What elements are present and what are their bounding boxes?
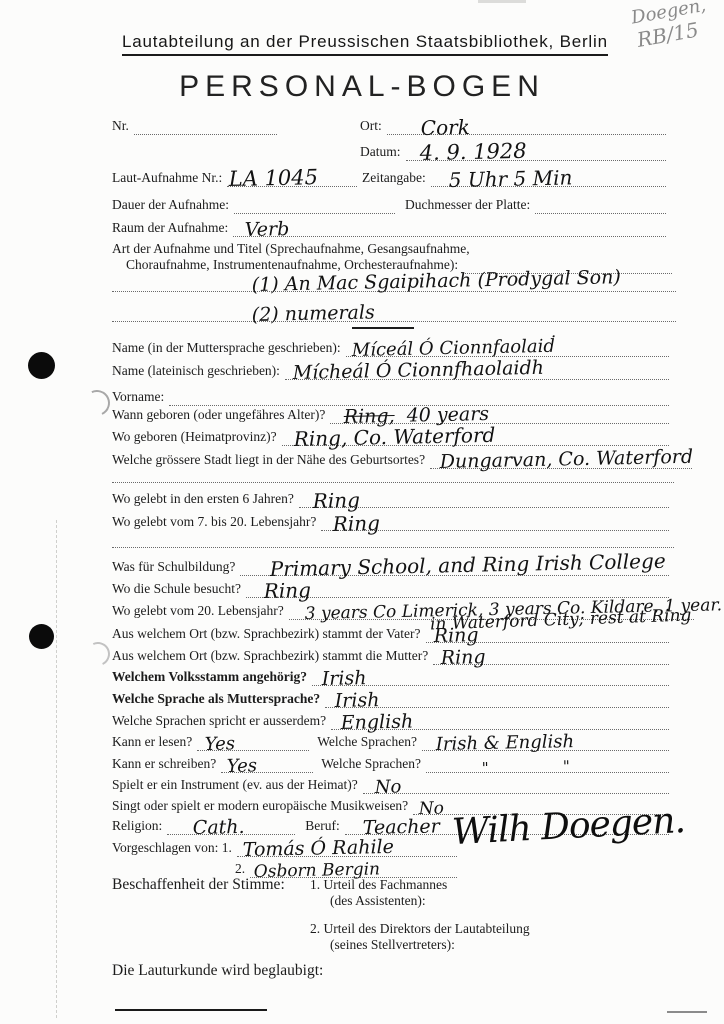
field-wo-geboren-label: Wo geboren (Heimatprovinz)?: [112, 429, 277, 446]
field-schulbildung-label: Was für Schulbildung?: [112, 559, 235, 576]
field-name-muttersprache-line: Míceál Ó Cionnfaolaiḋ: [346, 341, 669, 357]
field-vater-ort: Aus welchem Ort (bzw. Sprachbezirk) stam…: [112, 626, 669, 643]
field-instrument-value: No: [374, 778, 401, 797]
field-wann-geboren-label: Wann geboren (oder ungefähres Alter)?: [112, 407, 325, 424]
hole-punch-bottom: [29, 624, 54, 649]
field-erste-6-jahre-line: Ring: [299, 492, 669, 508]
field-erste-6-jahre-value: Ring: [312, 490, 360, 511]
field-schreiben-sprachen-value: " ": [482, 759, 574, 776]
field-mutter-ort-value: Ring: [441, 648, 486, 668]
field-laut-aufnahme-nr: Laut-Aufnahme Nr.: LA 1045: [112, 170, 357, 187]
field-raum: Raum der Aufnahme: Verb: [112, 220, 666, 237]
field-schreiben-sprachen-label: Welche Sprachen?: [321, 756, 421, 773]
field-schreiben-line: Yes: [221, 757, 313, 773]
field-art-value2: (2) numerals: [252, 303, 375, 325]
field-name-lateinisch: Name (lateinisch geschrieben): Mícheál Ó…: [112, 363, 669, 380]
field-art-value2-row: (2) numerals: [112, 306, 676, 322]
field-schule-besucht-value: Ring: [264, 580, 312, 601]
field-schulbildung: Was für Schulbildung? Primary School, an…: [112, 559, 669, 576]
field-schule-besucht-line: Ring: [246, 582, 669, 598]
field-instrument: Spielt er ein Instrument (ev. aus der He…: [112, 777, 669, 794]
pencil-annotation: Doegen, RB/15: [630, 0, 712, 52]
field-name-muttersprache-label: Name (in der Muttersprache geschrieben):: [112, 340, 341, 357]
punch-ring-mark-top: [80, 386, 113, 419]
field-ort-label: Ort:: [360, 118, 382, 135]
field-laut-aufnahme-nr-line: LA 1045: [227, 171, 357, 187]
field-7-bis-20-label: Wo gelebt vom 7. bis 20. Lebensjahr?: [112, 514, 316, 531]
scanned-form-page: Lautabteilung an der Preussischen Staats…: [0, 0, 724, 1024]
field-zeitangabe-value: 5 Uhr 5 Min: [448, 167, 572, 190]
hole-punch-top: [28, 352, 55, 379]
field-zeitangabe-line: 5 Uhr 5 Min: [431, 171, 666, 187]
field-lesen-line: Yes: [197, 735, 309, 751]
bottom-rule-right: [667, 1011, 707, 1013]
field-beruf-label: Beruf:: [305, 818, 340, 835]
field-volksstamm-label: Welchem Volksstamm angehörig?: [112, 669, 307, 686]
numerals-underline: [352, 327, 414, 329]
field-lesen-sprachen-line: Irish & English: [422, 735, 669, 751]
empty-dotted-line-1: [112, 467, 674, 483]
voice-quality-label: Beschaffenheit der Stimme:: [112, 876, 285, 894]
judgement-2-label: 2. Urteil des Direktors der Lautabteilun…: [310, 921, 530, 937]
field-wann-geboren: Wann geboren (oder ungefähres Alter)? Ri…: [112, 407, 669, 424]
field-nr-label: Nr.: [112, 118, 129, 135]
field-raum-label: Raum der Aufnahme:: [112, 220, 228, 237]
field-vorgeschlagen-1-line: Tomás Ó Rahile: [237, 841, 457, 857]
field-lesen-label: Kann er lesen?: [112, 734, 192, 751]
field-vater-ort-value: Ring: [433, 626, 478, 646]
field-durchmesser: Duchmesser der Platte:: [405, 197, 666, 214]
field-schreiben-sprachen-line: " ": [426, 757, 669, 773]
field-name-lateinisch-value: Mícheál Ó Cionnfhaolaidh: [293, 359, 544, 383]
bottom-rule-left: [115, 1009, 267, 1011]
field-datum-label: Datum:: [360, 144, 401, 161]
field-lesen-sprachen-value: Irish & English: [436, 733, 575, 754]
field-vorgeschlagen-1-value: Tomás Ó Rahile: [242, 838, 393, 860]
field-muttersprache: Welche Sprache als Muttersprache? Irish: [112, 691, 669, 708]
field-schreiben-label: Kann er schreiben?: [112, 756, 216, 773]
field-weitere-sprachen-label: Welche Sprachen spricht er ausserdem?: [112, 713, 326, 730]
field-ort-line: Cork: [387, 119, 666, 135]
field-volksstamm-value: Irish: [322, 669, 367, 689]
scan-smudge: [478, 0, 526, 3]
field-lesen-sprachen-label: Welche Sprachen?: [317, 734, 417, 751]
field-schreiben-value: Yes: [227, 757, 258, 776]
field-muttersprache-label: Welche Sprache als Muttersprache?: [112, 691, 320, 708]
field-vorname-label: Vorname:: [112, 389, 164, 406]
form-title: PERSONAL-BOGEN: [0, 70, 724, 104]
field-lesen: Kann er lesen? Yes Welche Sprachen? Iris…: [112, 734, 669, 751]
field-schulbildung-value: Primary School, and Ring Irish College: [270, 551, 666, 579]
field-art-value1-row: (1) An Mac Sgaipihach (Prodygal Son): [112, 276, 676, 292]
field-datum-value: 4. 9. 1928: [419, 141, 526, 164]
field-art-value1: (1) An Mac Sgaipihach (Prodygal Son): [252, 268, 621, 295]
field-religion-value: Cath.: [193, 818, 245, 838]
field-volksstamm: Welchem Volksstamm angehörig? Irish: [112, 669, 669, 686]
field-mutter-ort-line: Ring: [433, 649, 669, 665]
field-name-lateinisch-line: Mícheál Ó Cionnfhaolaidh: [285, 364, 669, 380]
field-art-label-line1: Art der Aufnahme und Titel (Sprechaufnah…: [112, 241, 470, 257]
field-beruf-value: Teacher: [362, 817, 439, 838]
field-schule-besucht-label: Wo die Schule besucht?: [112, 581, 241, 598]
field-durchmesser-line: [535, 198, 666, 214]
field-vater-ort-label: Aus welchem Ort (bzw. Sprachbezirk) stam…: [112, 626, 421, 643]
field-ab-20-label: Wo gelebt vom 20. Lebensjahr?: [112, 603, 284, 620]
field-vorname: Vorname:: [112, 389, 669, 406]
field-vorgeschlagen-1: Vorgeschlagen von: 1. Tomás Ó Rahile: [112, 840, 457, 857]
field-erste-6-jahre: Wo gelebt in den ersten 6 Jahren? Ring: [112, 491, 669, 508]
field-religion-label: Religion:: [112, 818, 162, 835]
field-mutter-ort-label: Aus welchem Ort (bzw. Sprachbezirk) stam…: [112, 648, 428, 665]
field-nr: Nr.: [112, 118, 277, 135]
field-ort-value: Cork: [420, 117, 469, 138]
field-zeitangabe: Zeitangabe: 5 Uhr 5 Min: [362, 170, 666, 187]
field-wo-geboren-line: Ring, Co. Waterford: [282, 430, 669, 446]
judgement-1-label: 1. Urteil des Fachmannes: [310, 877, 447, 893]
field-weitere-sprachen-line: English: [331, 714, 669, 730]
field-erste-6-jahre-label: Wo gelebt in den ersten 6 Jahren?: [112, 491, 294, 508]
field-instrument-line: No: [363, 778, 669, 794]
field-schulbildung-line: Primary School, and Ring Irish College: [240, 560, 669, 576]
field-7-bis-20: Wo gelebt vom 7. bis 20. Lebensjahr? Rin…: [112, 514, 669, 531]
field-dauer-line: [234, 198, 395, 214]
field-zeitangabe-label: Zeitangabe:: [362, 170, 426, 187]
field-volksstamm-line: Irish: [312, 670, 669, 686]
department-header: Lautabteilung an der Preussischen Staats…: [122, 32, 608, 56]
field-vorgeschlagen-1-label: Vorgeschlagen von: 1.: [112, 840, 232, 857]
field-muttersprache-value: Irish: [335, 691, 380, 711]
field-schule-besucht: Wo die Schule besucht? Ring: [112, 581, 669, 598]
punch-ring-mark-bottom: [83, 639, 114, 670]
field-wo-geboren-value: Ring, Co. Waterford: [293, 425, 495, 449]
field-7-bis-20-line: Ring: [321, 515, 669, 531]
field-religion-line: Cath.: [167, 819, 295, 835]
field-art-value2-line: (2) numerals: [112, 306, 676, 322]
field-mutter-ort: Aus welchem Ort (bzw. Sprachbezirk) stam…: [112, 648, 669, 665]
field-dauer-label: Dauer der Aufnahme:: [112, 197, 229, 214]
field-7-bis-20-value: Ring: [333, 513, 381, 534]
scan-fold-line: [56, 520, 57, 1018]
field-schreiben: Kann er schreiben? Yes Welche Sprachen? …: [112, 756, 669, 773]
field-durchmesser-label: Duchmesser der Platte:: [405, 197, 530, 214]
field-name-muttersprache: Name (in der Muttersprache geschrieben):…: [112, 340, 669, 357]
field-laut-aufnahme-nr-label: Laut-Aufnahme Nr.:: [112, 170, 222, 187]
empty-dotted-line-2: [112, 532, 674, 548]
field-laut-aufnahme-nr-value: LA 1045: [229, 167, 319, 190]
field-name-lateinisch-label: Name (lateinisch geschrieben):: [112, 363, 280, 380]
judgement-1-sub-label: (des Assistenten):: [330, 893, 426, 909]
certification-label: Die Lauturkunde wird beglaubigt:: [112, 962, 323, 980]
field-datum: Datum: 4. 9. 1928: [360, 144, 666, 161]
field-weitere-sprachen-value: English: [341, 712, 414, 733]
field-nr-line: [134, 119, 277, 135]
field-raum-value: Verb: [245, 220, 290, 240]
field-art-value1-line: (1) An Mac Sgaipihach (Prodygal Son): [112, 276, 676, 292]
field-raum-line: Verb: [233, 221, 666, 237]
field-vater-ort-line: Ring: [426, 627, 669, 643]
field-instrument-label: Spielt er ein Instrument (ev. aus der He…: [112, 777, 358, 794]
judgement-2-sub-label: (seines Stellvertreters):: [330, 937, 455, 953]
field-datum-line: 4. 9. 1928: [406, 145, 667, 161]
field-musikweisen-label: Singt oder spielt er modern europäische …: [112, 798, 408, 815]
field-weitere-sprachen: Welche Sprachen spricht er ausserdem? En…: [112, 713, 669, 730]
field-ort: Ort: Cork: [360, 118, 666, 135]
field-lesen-value: Yes: [205, 735, 236, 754]
field-dauer: Dauer der Aufnahme:: [112, 197, 395, 214]
field-wann-geboren-line: Ring, 40 years: [330, 408, 669, 424]
field-wo-geboren: Wo geboren (Heimatprovinz)? Ring, Co. Wa…: [112, 429, 669, 446]
field-muttersprache-line: Irish: [325, 692, 669, 708]
